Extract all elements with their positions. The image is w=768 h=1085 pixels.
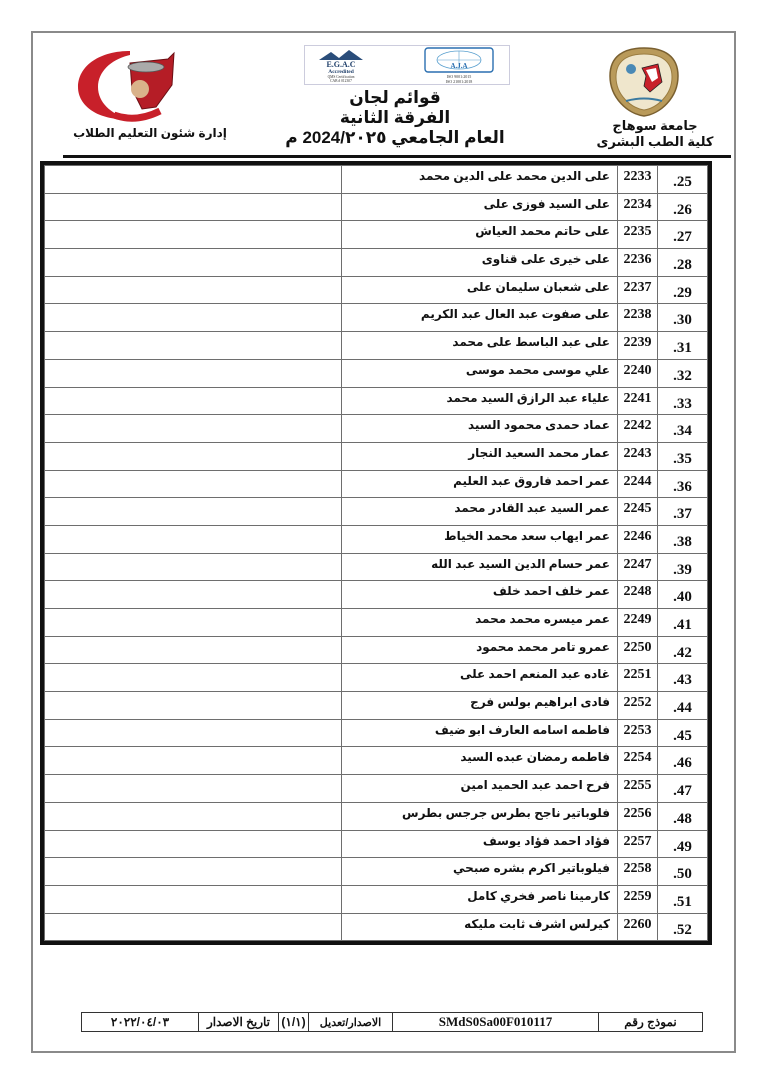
student-code: 2243 <box>618 442 658 470</box>
student-code: 2250 <box>618 636 658 664</box>
signature-cell <box>45 442 342 470</box>
signature-cell <box>45 830 342 858</box>
title-committee-lists: قوائم لجان <box>260 88 530 108</box>
student-code: 2234 <box>618 193 658 221</box>
student-code: 2257 <box>618 830 658 858</box>
table-row: .432251غاده عبد المنعم احمد على <box>45 664 708 692</box>
faculty-name: كلية الطب البشرى <box>590 134 720 150</box>
document-title: قوائم لجان الفرقة الثانية العام الجامعي … <box>260 88 530 148</box>
signature-cell <box>45 166 342 194</box>
student-code: 2238 <box>618 304 658 332</box>
student-name: عمار محمد السعيد النجار <box>342 442 618 470</box>
table-row: .312239على عبد الباسط على محمد <box>45 332 708 360</box>
row-index: .46 <box>658 747 708 775</box>
student-name: على السيد فوزى على <box>342 193 618 221</box>
student-name: على صفوت عبد العال عبد الكريم <box>342 304 618 332</box>
student-code: 2254 <box>618 747 658 775</box>
signature-cell <box>45 304 342 332</box>
issue-date-label: تاريخ الاصدار <box>198 1013 278 1031</box>
row-index: .43 <box>658 664 708 692</box>
student-name: على خيرى على قناوى <box>342 249 618 277</box>
row-index: .50 <box>658 858 708 886</box>
table-row: .472255فرح احمد عبد الحميد امين <box>45 775 708 803</box>
student-name: فاطمه اسامه العارف ابو ضيف <box>342 719 618 747</box>
row-index: .44 <box>658 692 708 720</box>
signature-cell <box>45 498 342 526</box>
signature-cell <box>45 609 342 637</box>
student-name: عمرو تامر محمد محمود <box>342 636 618 664</box>
student-name: عماد حمدى محمود السيد <box>342 415 618 443</box>
row-index: .37 <box>658 498 708 526</box>
student-name: علياء عبد الرازق السيد محمد <box>342 387 618 415</box>
student-code: 2253 <box>618 719 658 747</box>
student-name: فرح احمد عبد الحميد امين <box>342 775 618 803</box>
table-row: .512259كارمينا ناصر فخري كامل <box>45 885 708 913</box>
student-code: 2237 <box>618 276 658 304</box>
table-row: .342242عماد حمدى محمود السيد <box>45 415 708 443</box>
student-name: فاطمه رمضان عبده السيد <box>342 747 618 775</box>
student-code: 2248 <box>618 581 658 609</box>
signature-cell <box>45 359 342 387</box>
signature-cell <box>45 332 342 360</box>
table-row: .522260كيرلس اشرف ثابت مليكه <box>45 913 708 941</box>
student-code: 2245 <box>618 498 658 526</box>
row-index: .41 <box>658 609 708 637</box>
student-name: عمر ايهاب سعد محمد الخياط <box>342 525 618 553</box>
table-row: .262234على السيد فوزى على <box>45 193 708 221</box>
model-number-value: SMdS0Sa00F010117 <box>392 1013 598 1031</box>
issue-date-value: ٢٠٢٢/٠٤/٠٣ <box>82 1013 198 1031</box>
student-code: 2247 <box>618 553 658 581</box>
row-index: .36 <box>658 470 708 498</box>
table-row: .352243عمار محمد السعيد النجار <box>45 442 708 470</box>
sohag-university-crest-logo <box>606 46 682 118</box>
table-row: .372245عمر السيد عبد القادر محمد <box>45 498 708 526</box>
signature-cell <box>45 885 342 913</box>
row-index: .35 <box>658 442 708 470</box>
table-row: .322240علي موسى محمد موسى <box>45 359 708 387</box>
student-code: 2233 <box>618 166 658 194</box>
student-name: عمر السيد عبد القادر محمد <box>342 498 618 526</box>
signature-cell <box>45 719 342 747</box>
student-name: كيرلس اشرف ثابت مليكه <box>342 913 618 941</box>
student-code: 2244 <box>618 470 658 498</box>
signature-cell <box>45 802 342 830</box>
title-second-year: الفرقة الثانية <box>260 108 530 128</box>
form-info-footer: نموذج رقم SMdS0Sa00F010117 الاصدار/تعديل… <box>81 1012 703 1032</box>
table-row: .412249عمر ميسره محمد محمد <box>45 609 708 637</box>
row-index: .51 <box>658 885 708 913</box>
faculty-of-medicine-logo <box>70 45 198 125</box>
student-name: على شعبان سليمان على <box>342 276 618 304</box>
student-name: كارمينا ناصر فخري كامل <box>342 885 618 913</box>
issue-revision-value: (١/١) <box>278 1013 308 1031</box>
header-divider <box>63 155 731 158</box>
row-index: .30 <box>658 304 708 332</box>
svg-text:ISO 21001:2018: ISO 21001:2018 <box>446 79 473 84</box>
table-row: .382246عمر ايهاب سعد محمد الخياط <box>45 525 708 553</box>
student-code: 2249 <box>618 609 658 637</box>
table-row: .492257فؤاد احمد فؤاد يوسف <box>45 830 708 858</box>
student-code: 2259 <box>618 885 658 913</box>
student-name: فادى ابراهيم بولس فرج <box>342 692 618 720</box>
student-name: عمر حسام الدين السيد عبد الله <box>342 553 618 581</box>
svg-text:CAB # 012307: CAB # 012307 <box>330 79 352 83</box>
row-index: .26 <box>658 193 708 221</box>
signature-cell <box>45 858 342 886</box>
model-number-label: نموذج رقم <box>598 1013 702 1031</box>
table-row: .402248عمر خلف احمد خلف <box>45 581 708 609</box>
student-code: 2260 <box>618 913 658 941</box>
signature-cell <box>45 664 342 692</box>
signature-cell <box>45 276 342 304</box>
department-name: إدارة شئون التعليم الطلاب <box>60 126 240 140</box>
student-name: فيلوباتير اكرم بشره صبحي <box>342 858 618 886</box>
signature-cell <box>45 692 342 720</box>
student-code: 2236 <box>618 249 658 277</box>
table-row: .362244عمر احمد فاروق عبد العليم <box>45 470 708 498</box>
student-name: على الدين محمد على الدين محمد <box>342 166 618 194</box>
signature-cell <box>45 470 342 498</box>
student-code: 2235 <box>618 221 658 249</box>
table-row: .452253فاطمه اسامه العارف ابو ضيف <box>45 719 708 747</box>
student-code: 2255 <box>618 775 658 803</box>
signature-cell <box>45 775 342 803</box>
student-code: 2246 <box>618 525 658 553</box>
row-index: .27 <box>658 221 708 249</box>
row-index: .49 <box>658 830 708 858</box>
student-name: علي موسى محمد موسى <box>342 359 618 387</box>
signature-cell <box>45 193 342 221</box>
table-row: .302238على صفوت عبد العال عبد الكريم <box>45 304 708 332</box>
row-index: .25 <box>658 166 708 194</box>
student-name: عمر ميسره محمد محمد <box>342 609 618 637</box>
student-name: غاده عبد المنعم احمد على <box>342 664 618 692</box>
row-index: .29 <box>658 276 708 304</box>
university-faculty-title: جامعة سوهاج كلية الطب البشرى <box>590 118 720 150</box>
student-name: عمر خلف احمد خلف <box>342 581 618 609</box>
student-code: 2252 <box>618 692 658 720</box>
student-code: 2241 <box>618 387 658 415</box>
row-index: .45 <box>658 719 708 747</box>
student-code: 2239 <box>618 332 658 360</box>
row-index: .28 <box>658 249 708 277</box>
row-index: .52 <box>658 913 708 941</box>
signature-cell <box>45 581 342 609</box>
table-row: .332241علياء عبد الرازق السيد محمد <box>45 387 708 415</box>
signature-cell <box>45 387 342 415</box>
row-index: .48 <box>658 802 708 830</box>
svg-text:A.J.A: A.J.A <box>450 62 467 70</box>
row-index: .42 <box>658 636 708 664</box>
student-name: فؤاد احمد فؤاد يوسف <box>342 830 618 858</box>
table-row: .482256فلوباتير ناجح بطرس جرجس بطرس <box>45 802 708 830</box>
row-index: .39 <box>658 553 708 581</box>
signature-cell <box>45 415 342 443</box>
student-code: 2256 <box>618 802 658 830</box>
student-name: على عبد الباسط على محمد <box>342 332 618 360</box>
row-index: .38 <box>658 525 708 553</box>
signature-cell <box>45 553 342 581</box>
row-index: .34 <box>658 415 708 443</box>
table-row: .392247عمر حسام الدين السيد عبد الله <box>45 553 708 581</box>
university-name: جامعة سوهاج <box>590 118 720 134</box>
table-row: .442252فادى ابراهيم بولس فرج <box>45 692 708 720</box>
row-index: .47 <box>658 775 708 803</box>
signature-cell <box>45 913 342 941</box>
student-name: عمر احمد فاروق عبد العليم <box>342 470 618 498</box>
table-row: .272235على حاتم محمد العياش <box>45 221 708 249</box>
committee-roster-table: .252233على الدين محمد على الدين محمد.262… <box>40 161 712 945</box>
table-row: .282236على خيرى على قناوى <box>45 249 708 277</box>
table-row: .252233على الدين محمد على الدين محمد <box>45 166 708 194</box>
table-row: .422250عمرو تامر محمد محمود <box>45 636 708 664</box>
row-index: .32 <box>658 359 708 387</box>
table-row: .502258فيلوباتير اكرم بشره صبحي <box>45 858 708 886</box>
signature-cell <box>45 747 342 775</box>
signature-cell <box>45 221 342 249</box>
row-index: .31 <box>658 332 708 360</box>
title-academic-year: العام الجامعي 2024/٢٠٢٥ م <box>260 128 530 148</box>
student-code: 2240 <box>618 359 658 387</box>
signature-cell <box>45 636 342 664</box>
svg-text:E.G.A.C: E.G.A.C <box>326 60 355 69</box>
row-index: .33 <box>658 387 708 415</box>
student-code: 2242 <box>618 415 658 443</box>
table-row: .292237على شعبان سليمان على <box>45 276 708 304</box>
signature-cell <box>45 249 342 277</box>
student-code: 2258 <box>618 858 658 886</box>
student-code: 2251 <box>618 664 658 692</box>
issue-revision-label: الاصدار/تعديل <box>308 1013 392 1031</box>
signature-cell <box>45 525 342 553</box>
student-name: فلوباتير ناجح بطرس جرجس بطرس <box>342 802 618 830</box>
table-row: .462254فاطمه رمضان عبده السيد <box>45 747 708 775</box>
row-index: .40 <box>658 581 708 609</box>
accreditation-badges: E.G.A.C Accredited QMS Certification CAB… <box>304 45 510 85</box>
student-name: على حاتم محمد العياش <box>342 221 618 249</box>
